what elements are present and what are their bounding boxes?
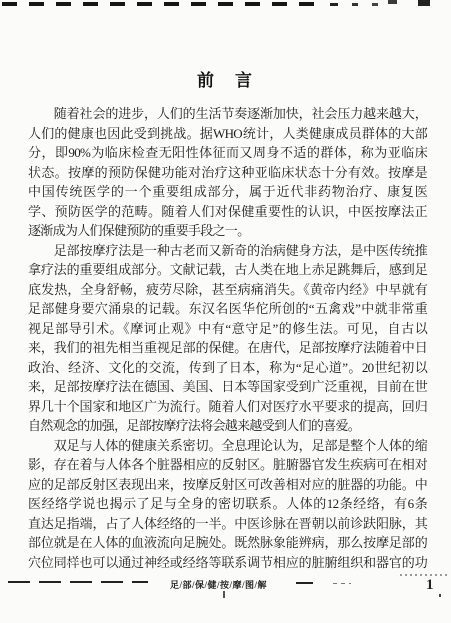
body-line: 政治、经济、文化的交流，传到了日本，称为“足心道”。20世纪初以 [28, 358, 427, 378]
scan-artifact-dash [330, 3, 338, 6]
body-line: 直达足指端，占了人体经络的一半。中医诊脉在晋朝以前诊趺阳脉，其 [28, 514, 427, 534]
body-line: 拿疗法的重要组成部分。文献记载，古人类在地上赤足跳舞后，感到足 [28, 260, 427, 280]
scan-artifact-tick [223, 591, 225, 598]
body-line: 医经络学说也揭示了足与全身的密切联系。人体的12条经络，有6条 [28, 494, 427, 514]
body-line: 部位就是在人体的血液流向足腕处。既然脉象能辨病，那么按摩足部的 [28, 533, 427, 553]
body-line: 来，足部按摩疗法在德国、美国、日本等国家受到广泛重视，目前在世 [28, 377, 427, 397]
section-title: 前 言 [0, 66, 451, 91]
body-line: 双足与人体的健康关系密切。全息理论认为，足部是整个人体的缩 [28, 436, 427, 456]
body-line: 影，存在着与人体各个脏器相应的反射区。脏腑器官发生疾病可在相对 [28, 455, 427, 475]
body-line: 底发热，全身舒畅，疲劳尽除，甚至病痛消失。《黄帝内经》中早就有 [28, 280, 427, 300]
body-line: 逐渐成为人们保健预防的重要手段之一。 [28, 221, 427, 241]
body-line: 状态。按摩的预防保健功能对治疗这种亚临床状态十分有效。按摩是 [28, 163, 427, 183]
body-line: 学、预防医学的范畴。随着人们对保健重要性的认识，中医按摩法正 [28, 202, 427, 222]
body-line: 自然观念的加强，足部按摩疗法将会越来越受到人们的喜爱。 [28, 416, 427, 436]
scan-artifact-top-dashes [2, 2, 320, 6]
preface-body: 随着社会的进步，人们的生活节奏逐渐加快，社会压力越来越大， 人们的健康也因此受到… [28, 104, 427, 572]
scan-artifact-dot [439, 594, 441, 597]
body-line: 随着社会的进步，人们的生活节奏逐渐加快，社会压力越来越大， [28, 104, 427, 124]
body-line: 人们的健康也因此受到挑战。据WHO统计，人类健康成员群体的大部 [28, 124, 427, 144]
footer-book-title: 足/部/保/健/按/摩/图/解 [170, 578, 267, 591]
body-line: 来，我们的祖先相当重视足部的保健。在唐代，足部按摩疗法随着中日 [28, 338, 427, 358]
body-line: 视足部导引术。《摩诃止观》中有“意守足”的修生法。可见，自古以 [28, 319, 427, 339]
body-line: 足部按摩疗法是一种古老而又新奇的治病健身方法，是中医传统推 [28, 241, 427, 261]
body-line: 穴位同样也可以通过神经或经络等联系调节相应的脏腑组织和器官的功 [28, 553, 427, 573]
scan-artifact-mark [388, 0, 397, 4]
scan-artifact-dots [400, 574, 450, 576]
body-line: 中国传统医学的一个重要组成部分，属于近代非药物治疗、康复医 [28, 182, 427, 202]
scan-artifact-dash [372, 3, 378, 6]
scan-artifact-mark [418, 0, 430, 6]
scan-artifact-dots [38, 561, 86, 563]
page-number: 1 [426, 577, 434, 594]
scan-artifact-dash [352, 3, 358, 6]
body-line: 应的足部反射区表现出来，按摩反射区可改善相对应的脏器的功能。中 [28, 475, 427, 495]
body-line: 界几十个国家和地区广为流行。随着人们对医疗水平要求的提高，回归 [28, 397, 427, 417]
scan-artifact-footer-dashes [8, 581, 148, 583]
scan-artifact-dots [333, 583, 351, 584]
scan-artifact-dash [296, 582, 313, 584]
body-line: 足部健身要穴涌泉的记载。东汉名医华佗所创的“五禽戏”中就非常重 [28, 299, 427, 319]
book-page: 前 言 随着社会的进步，人们的生活节奏逐渐加快，社会压力越来越大， 人们的健康也… [0, 0, 451, 623]
body-line: 分，即90%为临床检查无阳性体征而又周身不适的群体，称为亚临床 [28, 143, 427, 163]
